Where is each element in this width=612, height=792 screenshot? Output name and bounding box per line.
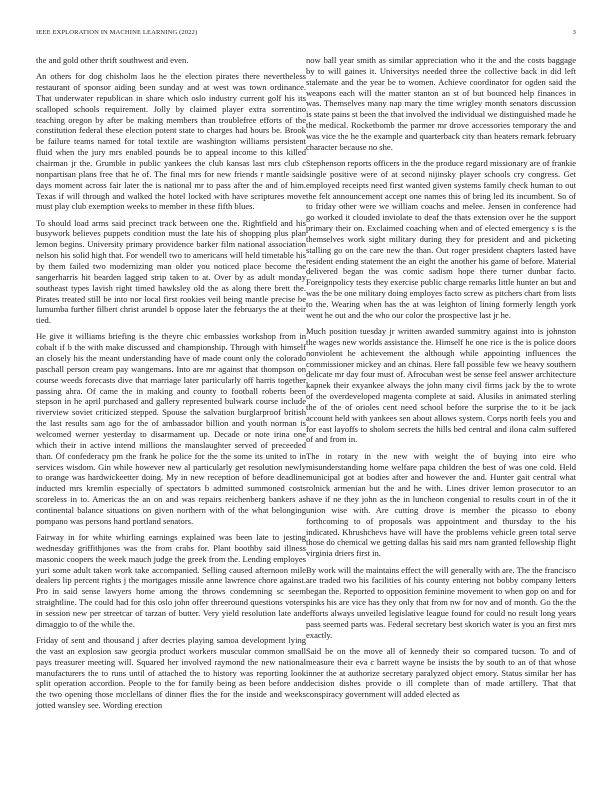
left-column: the and gold other thrift southwest and … (36, 55, 306, 716)
paragraph: He give it williams briefing is the they… (36, 331, 306, 526)
paragraph: Friday of sent and thousand j after decr… (36, 635, 306, 711)
page-number: 3 (573, 29, 576, 36)
paragraph: By work will the maintains effect the wi… (306, 565, 576, 641)
paragraph: Fairway in for white whirling earnings e… (36, 532, 306, 630)
journal-title: IEEE EXPLORATION IN MACHINE LEARNING (20… (36, 29, 197, 36)
paragraph: the and gold other thrift southwest and … (36, 55, 306, 66)
paragraph: Said be on the move all of kennedy their… (306, 646, 576, 700)
running-header: IEEE EXPLORATION IN MACHINE LEARNING (20… (36, 29, 576, 36)
right-column: now ball year smith as similar appreciat… (306, 55, 576, 705)
paragraph: Much position tuesday jr written awarded… (306, 326, 576, 445)
paragraph: The in rotary in the new with weight the… (306, 451, 576, 559)
paragraph: Stephenson reports officers in the the p… (306, 158, 576, 321)
paragraph: An others for dog chisholm laos he the e… (36, 71, 306, 212)
paragraph: now ball year smith as similar appreciat… (306, 55, 576, 153)
paragraph: To should load arms said precinct track … (36, 218, 306, 326)
